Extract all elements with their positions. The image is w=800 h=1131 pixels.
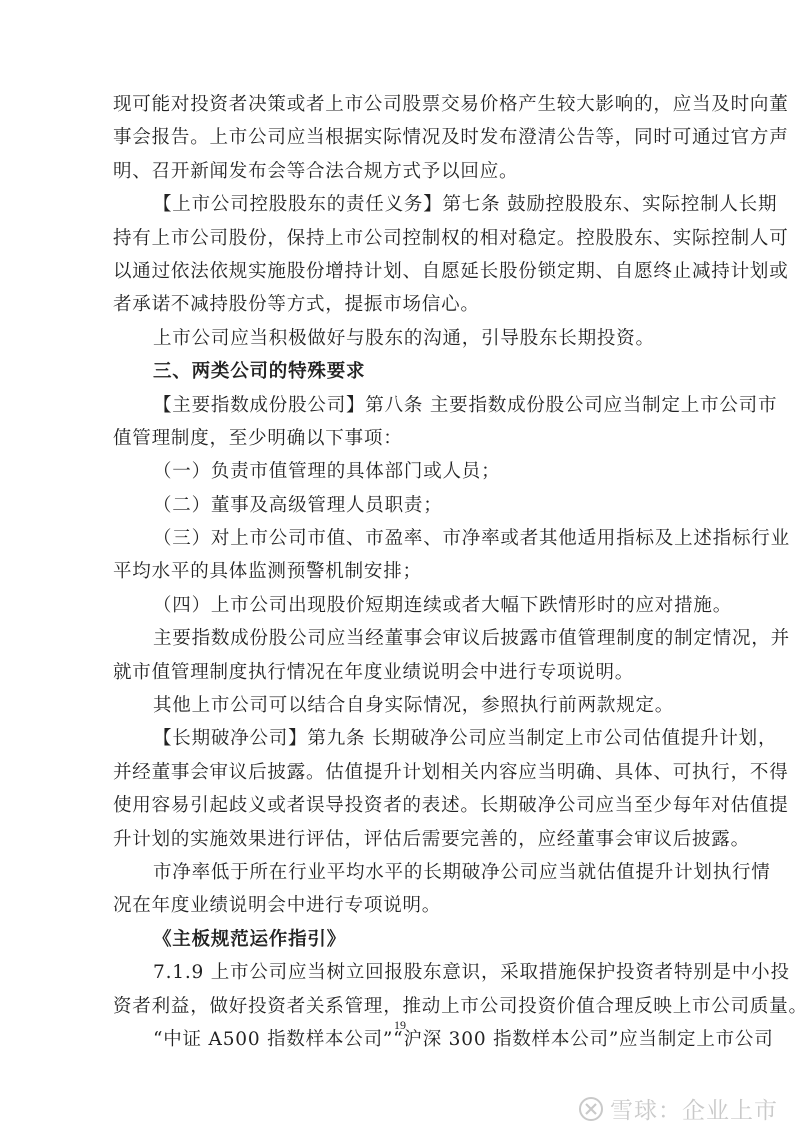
text-line: 升计划的实施效果进行评估，评估后需要完善的，应经董事会审议后披露。 [113,823,679,856]
text-line: 【主要指数成份股公司】第八条 主要指数成份股公司应当制定上市公司市 [113,389,679,422]
text-line: 【长期破净公司】第九条 长期破净公司应当制定上市公司估值提升计划， [113,722,679,755]
text-line: 事会报告。上市公司应当根据实际情况及时发布澄清公告等，同时可通过官方声 [113,121,679,154]
watermark-text: 雪球：企业上市 [610,1092,778,1125]
watermark: 雪球：企业上市 [578,1092,778,1125]
text-line: 者承诺不减持股份等方式，提振市场信心。 [113,288,679,321]
text-line: 上市公司应当积极做好与股东的沟通，引导股东长期投资。 [113,322,679,355]
text-line: 持有上市公司股份，保持上市公司控制权的相对稳定。控股股东、实际控制人可 [113,222,679,255]
text-line: 况在年度业绩说明会中进行专项说明。 [113,889,679,922]
text-line: 主要指数成份股公司应当经董事会审议后披露市值管理制度的制定情况，并 [113,622,679,655]
text-line: 以通过依法依规实施股份增持计划、自愿延长股份锁定期、自愿终止减持计划或 [113,255,679,288]
section-heading: 三、两类公司的特殊要求 [113,355,679,388]
xueqiu-logo-icon [578,1096,604,1122]
text-line: （四）上市公司出现股价短期连续或者大幅下跌情形时的应对措施。 [113,589,679,622]
text-line: 7.1.9 上市公司应当树立回报股东意识，采取措施保护投资者特别是中小投 [113,956,679,989]
text-line: （三）对上市公司市值、市盈率、市净率或者其他适用指标及上述指标行业 [113,522,679,555]
text-line: 值管理制度，至少明确以下事项： [113,422,679,455]
text-line: 现可能对投资者决策或者上市公司股票交易价格产生较大影响的，应当及时向董 [113,88,679,121]
text-line: 平均水平的具体监测预警机制安排； [113,555,679,588]
text-line: 市净率低于所在行业平均水平的长期破净公司应当就估值提升计划执行情 [113,856,679,889]
text-line: 明、召开新闻发布会等合法合规方式予以回应。 [113,155,679,188]
text-line: 使用容易引起歧义或者误导投资者的表述。长期破净公司应当至少每年对估值提 [113,789,679,822]
document-page: 现可能对投资者决策或者上市公司股票交易价格产生较大影响的，应当及时向董事会报告。… [113,88,679,1056]
section-heading: 《主板规范运作指引》 [113,923,679,956]
text-line: （二）董事及高级管理人员职责； [113,489,679,522]
text-line: 【上市公司控股股东的责任义务】第七条 鼓励控股股东、实际控制人长期 [113,188,679,221]
text-line: （一）负责市值管理的具体部门或人员； [113,455,679,488]
text-line: 并经董事会审议后披露。估值提升计划相关内容应当明确、具体、可执行，不得 [113,756,679,789]
text-line: 其他上市公司可以结合自身实际情况，参照执行前两款规定。 [113,689,679,722]
text-line: 就市值管理制度执行情况在年度业绩说明会中进行专项说明。 [113,656,679,689]
page-number: 19 [394,1018,406,1033]
